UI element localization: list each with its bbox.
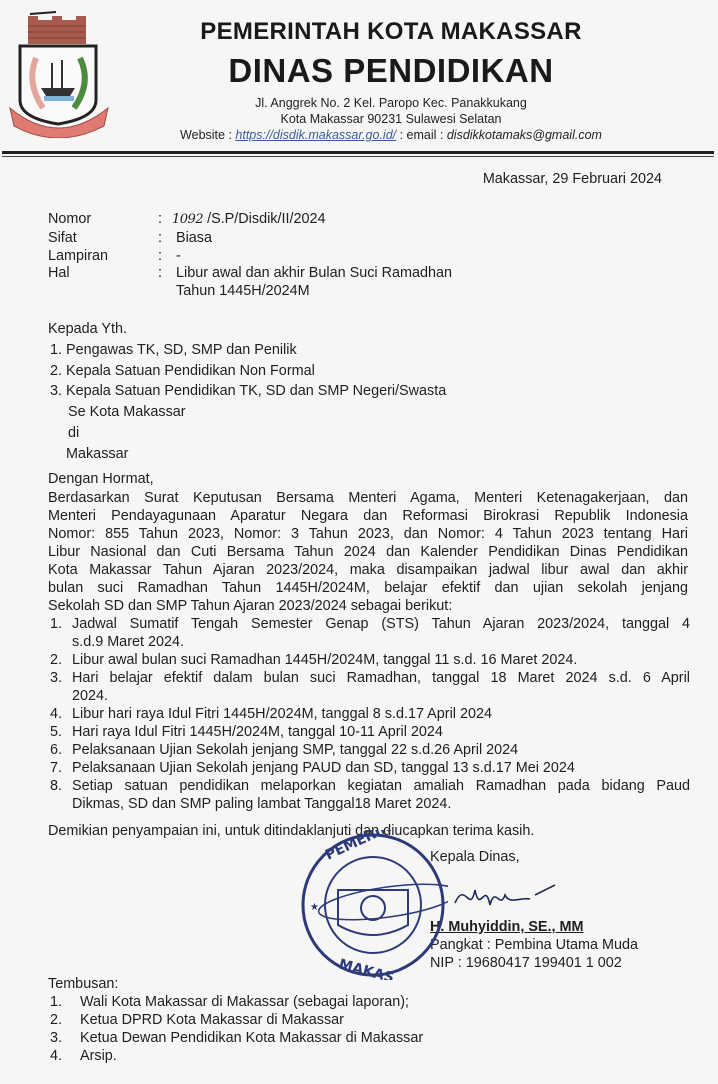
- cc-item: 2. Ketua DPRD Kota Makassar di Makassar: [50, 1011, 423, 1029]
- contact-line: Website : https://disdik.makassar.go.id/…: [0, 128, 718, 142]
- meta-value-sifat: Biasa: [176, 229, 212, 247]
- meta-label-sifat: Sifat: [48, 229, 77, 247]
- salutation: Dengan Hormat,: [48, 470, 154, 488]
- letterhead-divider-thin: [2, 156, 714, 157]
- meta-label-nomor: Nomor: [48, 210, 91, 228]
- meta-value-lampiran: -: [176, 247, 181, 265]
- official-stamp-icon: ★ PEMERIN MAKAS: [298, 830, 448, 980]
- recipient-scope: Se Kota Makassar: [68, 403, 186, 421]
- schedule-item: 5. Hari raya Idul Fitri 1445H/2024M, tan…: [50, 723, 690, 741]
- schedule-item: 6. Pelaksanaan Ujian Sekolah jenjang SMP…: [50, 741, 690, 759]
- meta-colon: :: [158, 247, 162, 265]
- website-link[interactable]: https://disdik.makassar.go.id/: [235, 128, 396, 142]
- recipient-greeting: Kepada Yth.: [48, 320, 127, 338]
- handwritten-number: 1092: [172, 212, 203, 227]
- meta-value-hal: Libur awal dan akhir Bulan Suci Ramadhan: [176, 264, 452, 282]
- recipient-item: 1. Pengawas TK, SD, SMP dan Penilik: [50, 341, 297, 359]
- meta-value-hal-line2: Tahun 1445H/2024M: [176, 282, 310, 300]
- meta-value-nomor: 1092 /S.P/Disdik/II/2024: [172, 210, 325, 229]
- schedule-item: 2. Libur awal bulan suci Ramadhan 1445H/…: [50, 651, 690, 669]
- signer-nip: NIP : 19680417 199401 1 002: [430, 954, 622, 972]
- svg-text:MAKAS: MAKAS: [337, 956, 396, 980]
- cc-item: 1. Wali Kota Makassar di Makassar (sebag…: [50, 993, 423, 1011]
- schedule-item: 3. Hari belajar efektif dalam bulan suci…: [50, 669, 690, 705]
- website-label: Website :: [180, 128, 235, 142]
- meta-colon: :: [158, 264, 162, 282]
- cc-item: 3. Ketua Dewan Pendidikan Kota Makassar …: [50, 1029, 423, 1047]
- closing-sentence: Demikian penyampaian ini, untuk ditindak…: [48, 822, 534, 840]
- recipient-item: 3. Kepala Satuan Pendidikan TK, SD dan S…: [50, 382, 446, 400]
- cc-item: 4. Arsip.: [50, 1047, 423, 1065]
- address-line-1: Jl. Anggrek No. 2 Kel. Paropo Kec. Panak…: [0, 96, 718, 110]
- schedule-item: 1. Jadwal Sumatif Tengah Semester Genap …: [50, 615, 690, 651]
- meta-colon: :: [158, 229, 162, 247]
- letterhead-divider-thick: [2, 151, 714, 154]
- cc-title: Tembusan:: [48, 975, 118, 993]
- email-address[interactable]: disdikkotamaks@gmail.com: [447, 128, 602, 142]
- signature-icon: [450, 875, 560, 920]
- recipient-di: di: [68, 424, 79, 442]
- signer-rank: Pangkat : Pembina Utama Muda: [430, 936, 638, 954]
- intro-paragraph: Berdasarkan Surat Keputusan Bersama Ment…: [48, 489, 688, 615]
- meta-label-lampiran: Lampiran: [48, 247, 108, 265]
- cc-list: 1. Wali Kota Makassar di Makassar (sebag…: [50, 993, 423, 1065]
- schedule-item: 7. Pelaksanaan Ujian Sekolah jenjang PAU…: [50, 759, 690, 777]
- schedule-list: 1. Jadwal Sumatif Tengah Semester Genap …: [50, 615, 690, 813]
- svg-text:★: ★: [310, 902, 319, 913]
- email-label: : email :: [396, 128, 447, 142]
- meta-label-hal: Hal: [48, 264, 70, 282]
- schedule-item: 8. Setiap satuan pendidikan melaporkan k…: [50, 777, 690, 813]
- recipient-place: Makassar: [66, 445, 128, 463]
- recipient-item: 2. Kepala Satuan Pendidikan Non Formal: [50, 362, 315, 380]
- schedule-item: 4. Libur hari raya Idul Fitri 1445H/2024…: [50, 705, 690, 723]
- letter-date: Makassar, 29 Februari 2024: [483, 170, 662, 188]
- signer-name: H. Muhyiddin, SE., MM: [430, 918, 584, 936]
- government-name: PEMERINTAH KOTA MAKASSAR: [0, 18, 718, 46]
- meta-colon: :: [158, 210, 162, 228]
- address-line-2: Kota Makassar 90231 Sulawesi Selatan: [0, 112, 718, 126]
- agency-name: DINAS PENDIDIKAN: [0, 52, 718, 90]
